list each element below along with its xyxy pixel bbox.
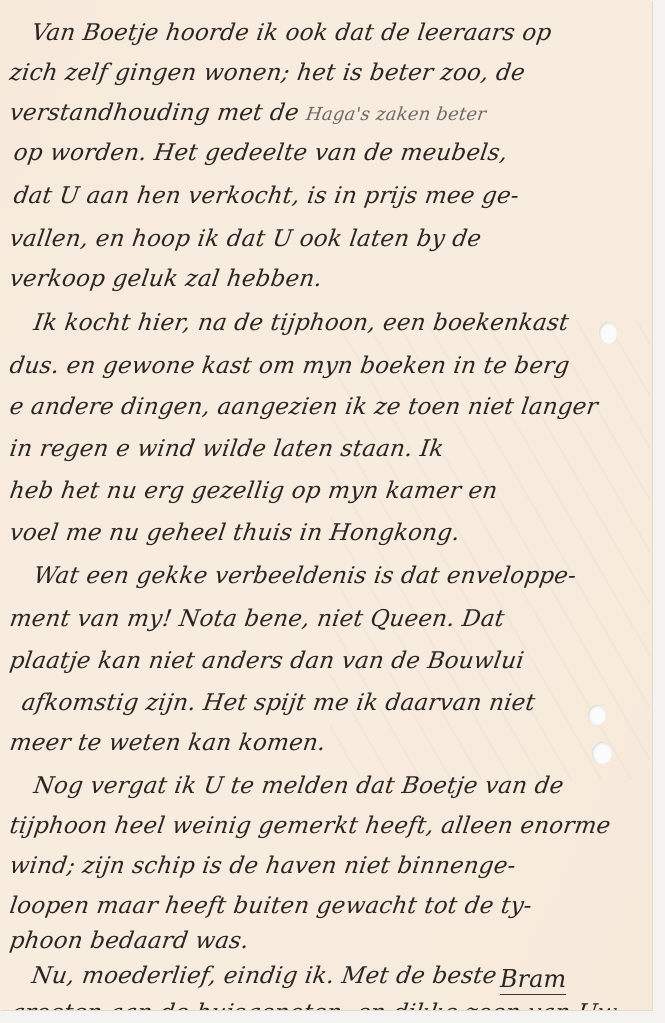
letter-line-18: meer te weten kan komen. xyxy=(8,730,327,756)
letter-line-23: phoon bedaard was. xyxy=(8,928,251,954)
letter-line-25: groeten aan de huisgenoten, en dikke zoe… xyxy=(8,1000,619,1010)
letter-line-8: Ik kocht hier, na de tijphoon, een boeke… xyxy=(32,310,570,336)
letter-line-24: Nu, moederlief, eindig ik. Met de beste xyxy=(30,963,498,989)
letter-line-17: afkomstig zijn. Het spijt me ik daarvan … xyxy=(20,690,537,716)
letter-line-3: verstandhouding met de Haga's zaken bete… xyxy=(8,100,488,126)
letter-page: Van Boetje hoorde ik ook dat de leeraars… xyxy=(0,0,652,1010)
letter-line-2: zich zelf gingen wonen; het is beter zoo… xyxy=(8,60,527,86)
letter-line-13: voel me nu geheel thuis in Hongkong. xyxy=(8,520,462,546)
letter-line-20: tijphoon heel weinig gemerkt heeft, alle… xyxy=(8,813,612,839)
punch-hole-3 xyxy=(592,742,612,764)
letter-line-22: loopen maar heeft buiten gewacht tot de … xyxy=(8,893,534,919)
letter-line-14: Wat een gekke verbeeldenis is dat envelo… xyxy=(32,563,578,589)
letter-line-11: in regen e wind wilde laten staan. Ik xyxy=(8,436,445,462)
letter-line-15: ment van my! Nota bene, niet Queen. Dat xyxy=(8,606,506,632)
letter-line-4: op worden. Het gedeelte van de meubels, xyxy=(12,140,509,166)
punch-hole-2 xyxy=(588,705,606,725)
letter-line-12: heb het nu erg gezellig op myn kamer en xyxy=(8,478,499,504)
punch-hole-1 xyxy=(599,322,617,344)
letter-line-3-tail: Haga's zaken beter xyxy=(305,104,488,125)
letter-line-21: wind; zijn schip is de haven niet binnen… xyxy=(8,853,517,879)
letter-line-9: dus. en gewone kast om myn boeken in te … xyxy=(8,353,571,379)
letter-line-6: vallen, en hoop ik dat U ook laten by de xyxy=(8,226,483,252)
letter-line-5: dat U aan hen verkocht, is in prijs mee … xyxy=(12,183,521,209)
letter-line-7: verkoop geluk zal hebben. xyxy=(8,266,324,292)
letter-line-1: Van Boetje hoorde ik ook dat de leeraars… xyxy=(30,20,553,46)
signature: Bram xyxy=(500,965,566,995)
letter-line-3-start: verstandhouding met de xyxy=(8,100,301,126)
letter-line-16: plaatje kan niet anders dan van de Bouwl… xyxy=(8,648,526,674)
letter-line-10: e andere dingen, aangezien ik ze toen ni… xyxy=(8,394,600,420)
letter-line-19: Nog vergat ik U te melden dat Boetje van… xyxy=(32,773,565,799)
